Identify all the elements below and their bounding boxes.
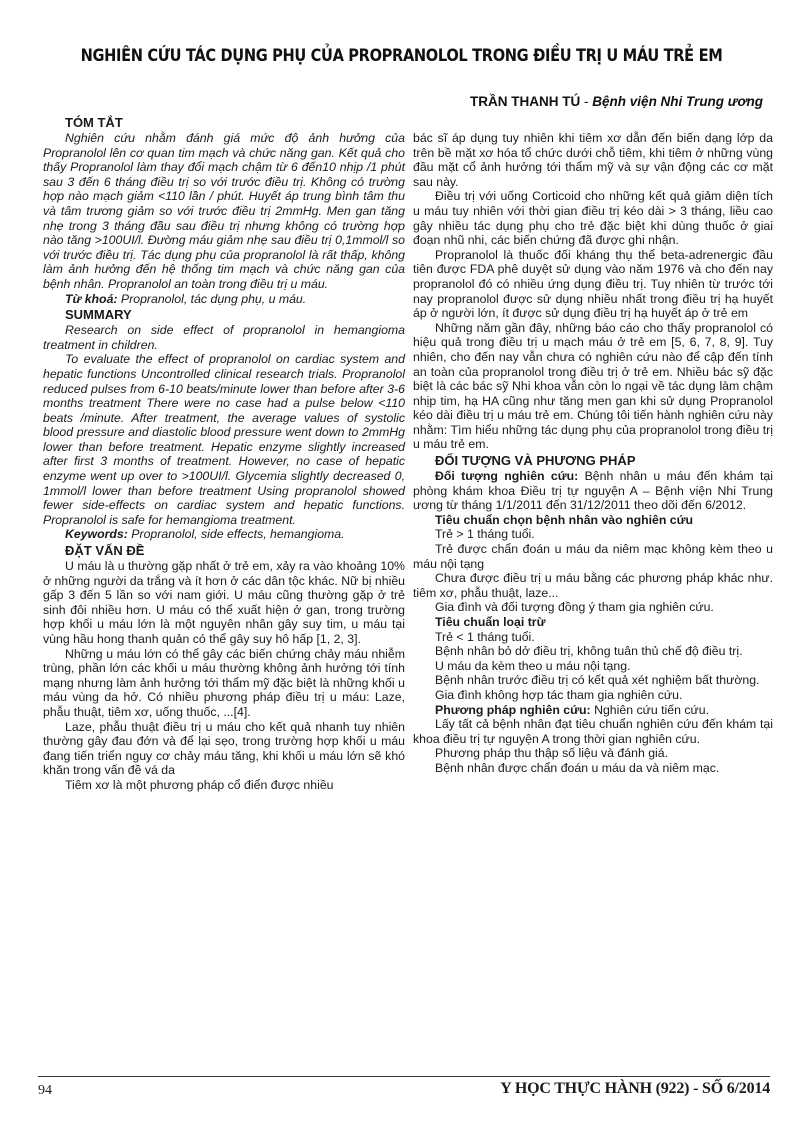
- exclusion-item: U máu da kèm theo u máu nội tạng.: [413, 659, 773, 674]
- intro-paragraph: Laze, phẫu thuật điều trị u máu cho kết …: [43, 720, 405, 778]
- exclusion-item: Trẻ < 1 tháng tuổi.: [413, 630, 773, 645]
- author-affiliation: Bệnh viện Nhi Trung ương: [592, 94, 763, 109]
- article-title: NGHIÊN CỨU TÁC DỤNG PHỤ CỦA PROPRANOLOL …: [56, 46, 747, 66]
- method-paragraph: Phương pháp nghiên cứu: Nghiên cứu tiến …: [413, 703, 773, 718]
- journal-name: Y HỌC THỰC HÀNH (922) - SỐ 6/2014: [500, 1080, 770, 1098]
- exclusion-item: Bệnh nhân trước điều trị có kết quả xét …: [413, 673, 773, 688]
- left-column: TÓM TẮT Nghiên cứu nhằm đánh giá mức độ …: [43, 114, 405, 793]
- keywords-en-label: Keywords:: [65, 527, 128, 541]
- intro-paragraph: U máu là u thường gặp nhất ở trẻ em, xảy…: [43, 559, 405, 647]
- intro-paragraph: Những u máu lớn có thể gây các biến chứn…: [43, 647, 405, 720]
- inclusion-item: Gia đình và đối tượng đồng ý tham gia ng…: [413, 600, 773, 615]
- summary-heading: SUMMARY: [65, 307, 405, 322]
- author-name: TRẦN THANH TÚ: [470, 94, 580, 109]
- methods-heading: ĐỐI TƯỢNG VÀ PHƯƠNG PHÁP: [435, 453, 773, 468]
- method-label: Phương pháp nghiên cứu:: [435, 703, 591, 717]
- subjects-paragraph: Đối tượng nghiên cứu: Bệnh nhân u máu đế…: [413, 469, 773, 513]
- byline: TRẦN THANH TÚ - Bệnh viện Nhi Trung ương: [470, 94, 763, 109]
- keywords-en: Keywords: Propranolol, side effects, hem…: [43, 527, 405, 542]
- footer-divider: [38, 1076, 770, 1077]
- keywords-vi-label: Từ khoá:: [65, 292, 118, 306]
- keywords-vi: Từ khoá: Propranolol, tác dụng phụ, u má…: [43, 292, 405, 307]
- method-text: Nghiên cứu tiến cứu.: [591, 703, 709, 717]
- keywords-vi-values: Propranolol, tác dụng phụ, u máu.: [118, 292, 307, 306]
- keywords-en-values: Propranolol, side effects, hemangioma.: [128, 527, 345, 541]
- inclusion-item: Trẻ > 1 tháng tuổi.: [413, 527, 773, 542]
- inclusion-item: Trẻ được chẩn đoán u máu da niêm mạc khô…: [413, 542, 773, 571]
- intro-paragraph: Tiêm xơ là một phương pháp cổ điển được …: [43, 778, 405, 793]
- subjects-label: Đối tượng nghiên cứu:: [435, 469, 578, 483]
- right-column: bác sĩ áp dụng tuy nhiên khi tiêm xơ dẫn…: [413, 131, 773, 776]
- byline-separator: -: [580, 94, 592, 109]
- intro-continued-paragraph: Điều trị với uống Corticoid cho những kế…: [413, 189, 773, 247]
- summary-title: Research on side effect of propranolol i…: [43, 323, 405, 352]
- method-detail: Bệnh nhân được chẩn đoán u máu da và niê…: [413, 761, 773, 776]
- exclusion-item: Bệnh nhân bỏ dở điều trị, không tuân thủ…: [413, 644, 773, 659]
- page-number: 94: [38, 1083, 52, 1099]
- exclusion-heading: Tiêu chuẩn loại trừ: [413, 615, 773, 630]
- method-detail: Lấy tất cả bệnh nhân đạt tiêu chuẩn nghi…: [413, 717, 773, 746]
- intro-continued-paragraph: bác sĩ áp dụng tuy nhiên khi tiêm xơ dẫn…: [413, 131, 773, 189]
- intro-continued-paragraph: Propranolol là thuốc đối kháng thụ thể b…: [413, 248, 773, 321]
- method-detail: Phương pháp thu thập số liệu và đánh giá…: [413, 746, 773, 761]
- inclusion-item: Chưa được điều trị u máu bằng các phương…: [413, 571, 773, 600]
- abstract-vi-text: Nghiên cứu nhằm đánh giá mức độ ảnh hưởn…: [43, 131, 405, 292]
- exclusion-item: Gia đình không hợp tác tham gia nghiên c…: [413, 688, 773, 703]
- summary-body: To evaluate the effect of propranolol on…: [43, 352, 405, 527]
- abstract-vi-heading: TÓM TẮT: [65, 115, 405, 130]
- intro-continued-paragraph: Những năm gần đây, những báo cáo cho thấ…: [413, 321, 773, 452]
- intro-heading: ĐẶT VẤN ĐỀ: [65, 543, 405, 558]
- inclusion-heading: Tiêu chuẩn chọn bệnh nhân vào nghiên cứu: [413, 513, 773, 528]
